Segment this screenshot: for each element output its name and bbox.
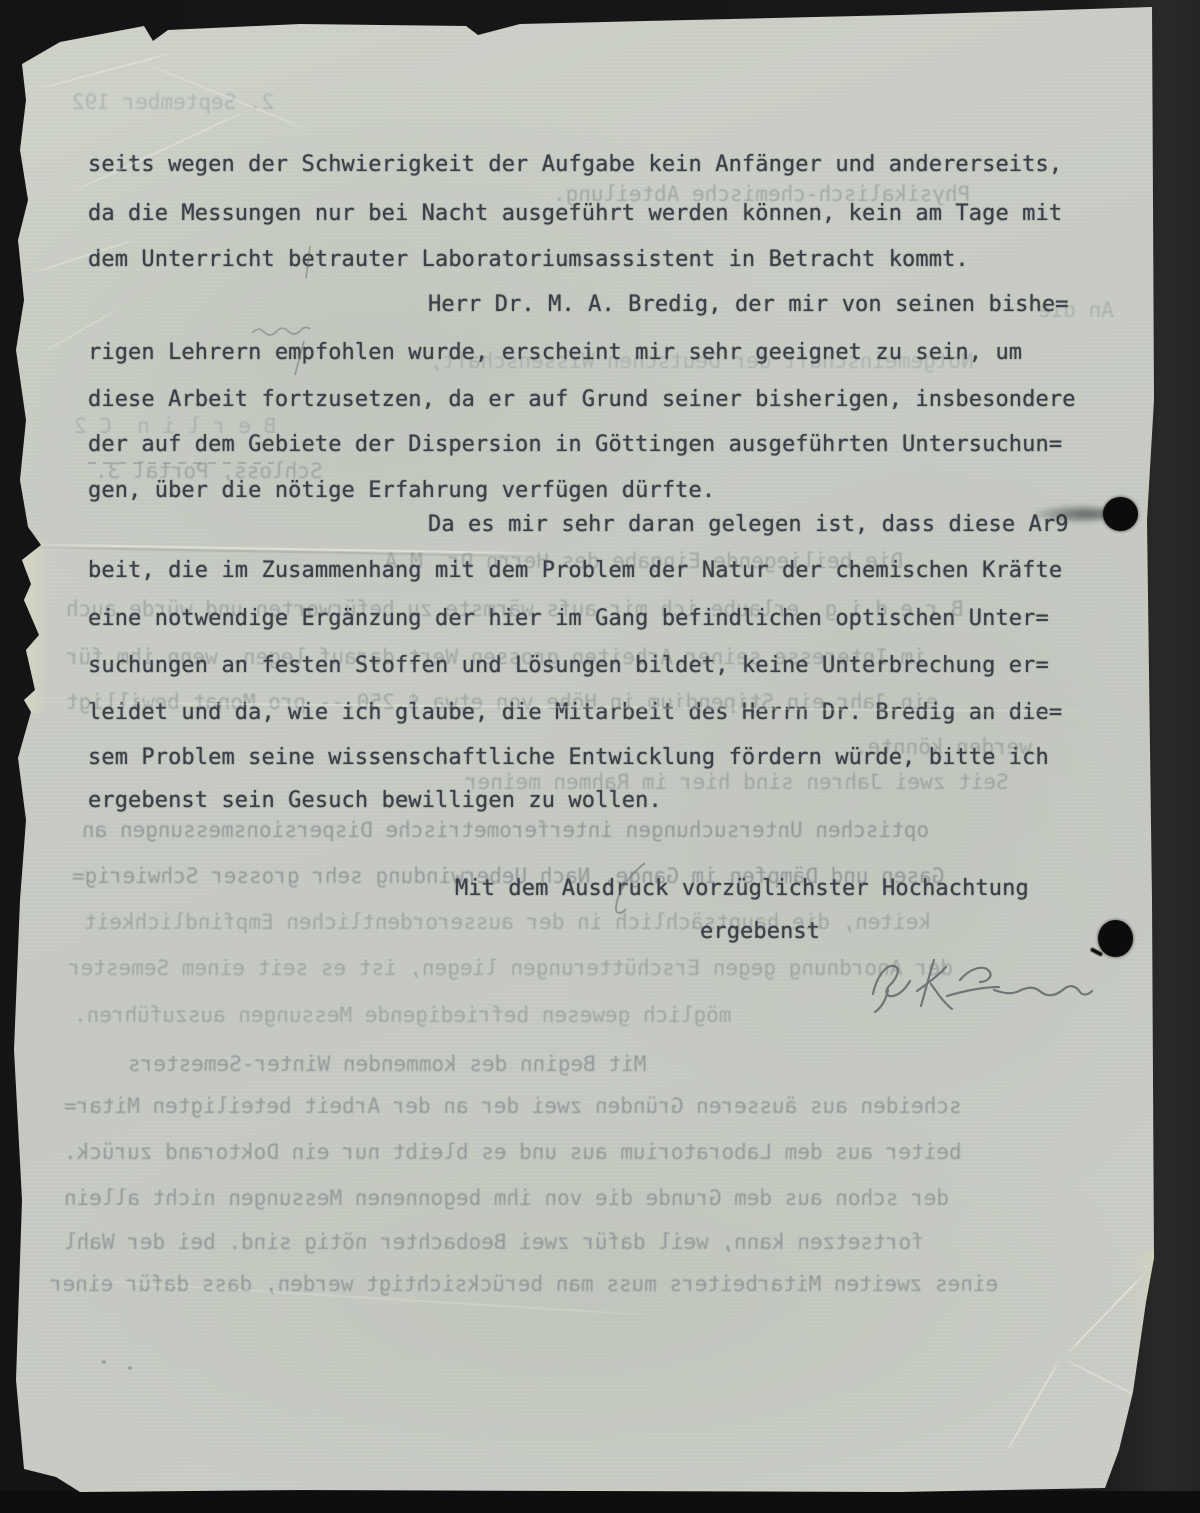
typed-line: da die Messungen nur bei Nacht ausgeführ… — [88, 201, 1062, 226]
bleedthrough-line: scheiden aus äusseren Gründen zwei der a… — [64, 1094, 962, 1118]
typed-line: der auf dem Gebiete der Dispersion in Gö… — [88, 432, 1062, 457]
bleedthrough-line: der schon aus dem Grunde die von ihm beg… — [64, 1186, 949, 1210]
typed-line: gen, über die nötige Erfahrung verfügen … — [88, 478, 715, 503]
ink-smudge — [1035, 505, 1113, 523]
scan-bed-bottom — [0, 1491, 1200, 1513]
bleedthrough-line: der Anordnung gegen Erschütterungen lieg… — [68, 956, 953, 980]
scan-background: 2. September 192 Physikalisch-chemische … — [0, 0, 1200, 1513]
typed-line: rigen Lehrern empfohlen wurde, erscheint… — [88, 340, 1022, 365]
crease-line — [32, 51, 177, 92]
crease-line — [64, 106, 255, 197]
crease-line — [1004, 1357, 1062, 1455]
typed-line: seits wegen der Schwierigkeit der Aufgab… — [88, 152, 1062, 177]
pencil-dots — [103, 1362, 131, 1368]
typed-line: diese Arbeit fortzusetzen, da er auf Gru… — [88, 387, 1076, 412]
typed-line: Da es mir sehr daran gelegen ist, dass d… — [428, 512, 1069, 537]
crease-line — [1061, 1357, 1140, 1399]
typed-line: ergebenst sein Gesuch bewilligen zu woll… — [88, 788, 662, 813]
punch-hole — [1103, 497, 1138, 531]
closing-line: Mit dem Ausdruck vorzüglichster Hochacht… — [455, 876, 1029, 901]
typed-line: beit, die im Zusammenhang mit dem Proble… — [88, 558, 1062, 583]
bleedthrough-line: fortsetzen kann, weil dafür zwei Beobach… — [64, 1230, 924, 1254]
torn-edge-flap — [14, 538, 50, 713]
typed-line: sem Problem seine wissenschaftliche Entw… — [88, 745, 1049, 770]
pencil-squiggle — [252, 327, 310, 335]
typed-line: Herr Dr. M. A. Bredig, der mir von seine… — [428, 292, 1069, 317]
typed-line: suchungen an festen Stoffen und Lösungen… — [88, 653, 1049, 678]
paper-edge-tint-right — [1132, 1250, 1160, 1495]
typed-line: eine notwendige Ergänzung der hier im Ga… — [88, 606, 1049, 631]
bleedthrough-line: Mit Beginn des kommenden Winter-Semester… — [128, 1052, 646, 1076]
valediction: ergebenst — [700, 919, 820, 944]
bleedthrough-line: eines zweiten Mitarbeiters muss man berü… — [50, 1272, 998, 1296]
bleedthrough-line: möglich gewesen befriedigende Messungen … — [74, 1003, 731, 1027]
crease-line — [1062, 1269, 1149, 1359]
punch-hole — [1098, 920, 1133, 957]
bleedthrough-line: beiter aus dem Laboratorium aus und es b… — [64, 1140, 962, 1164]
typed-line: dem Unterricht betrauter Laboratoriumsas… — [88, 247, 969, 272]
letter-page: 2. September 192 Physikalisch-chemische … — [0, 0, 1200, 1513]
bleedthrough-line: optischen Untersuchungen interferometris… — [82, 818, 929, 842]
